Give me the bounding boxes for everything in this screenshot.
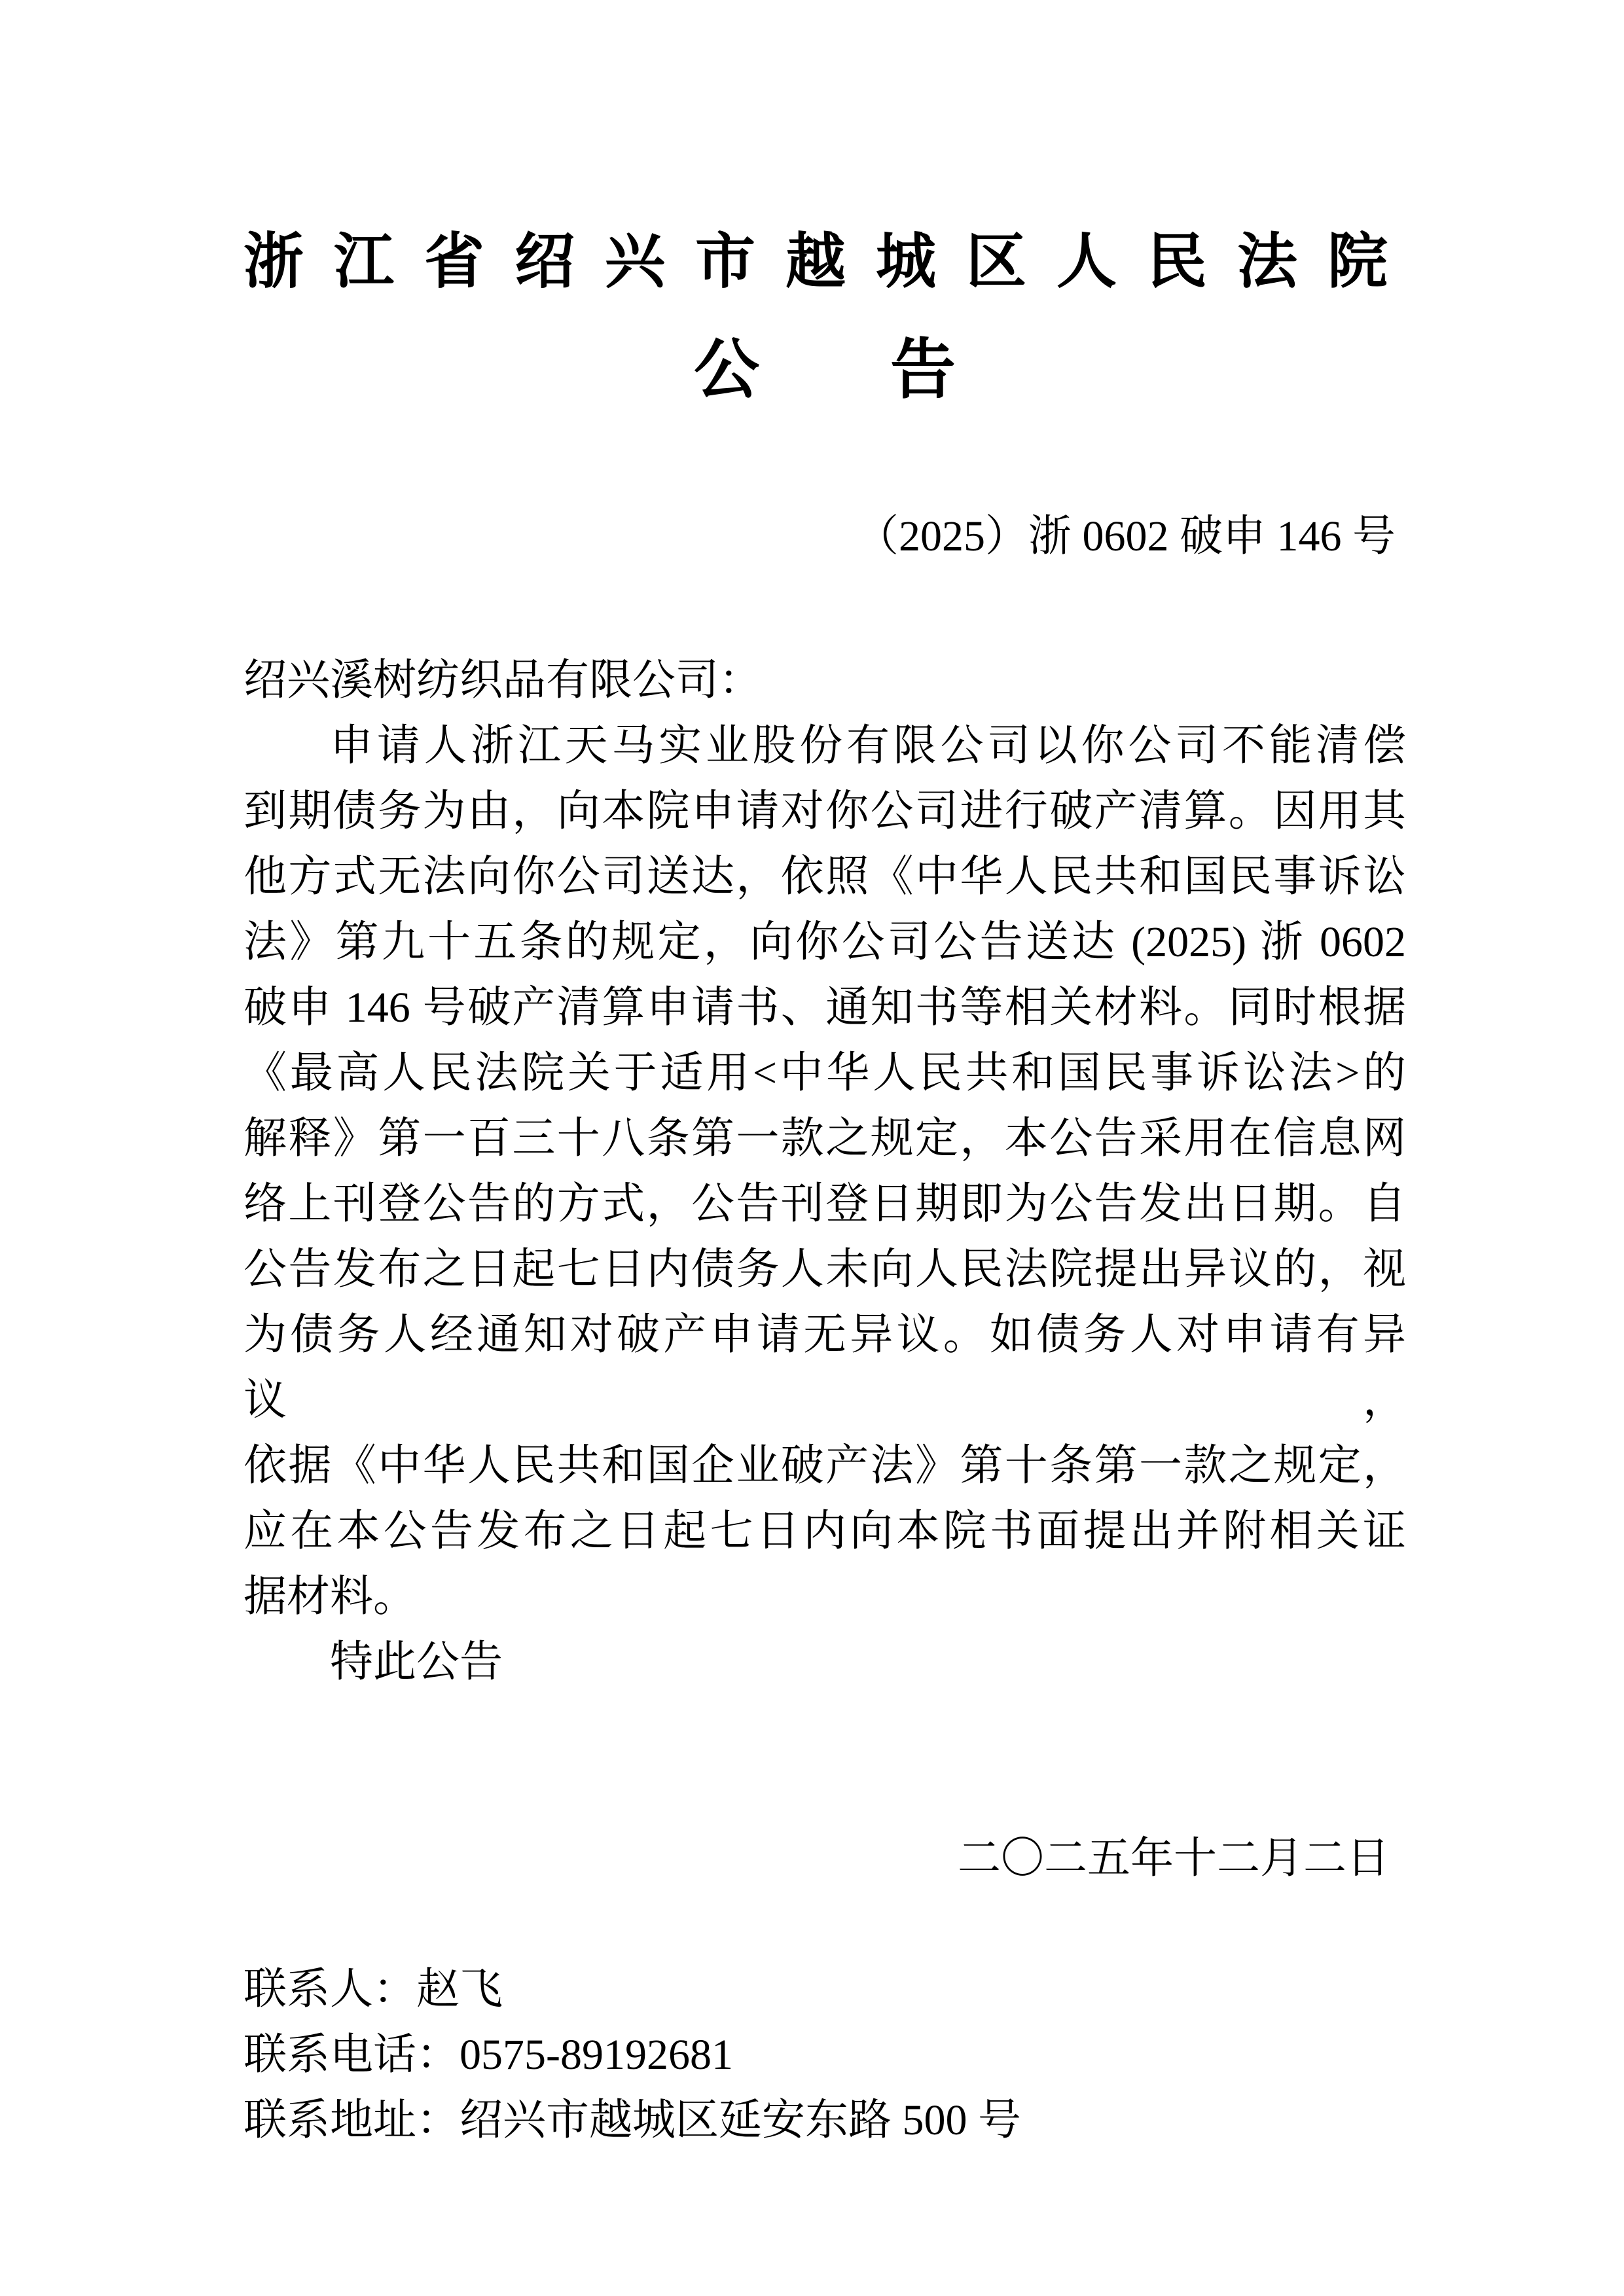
body-line: 到期债务为由，向本院申请对你公司进行破产清算。因用其: [244, 779, 1406, 844]
body-line: 公告发布之日起七日内债务人未向人民法院提出异议的，视: [244, 1237, 1406, 1302]
contact-phone-line: 联系电话：0575-89192681: [244, 2022, 1406, 2088]
announcement-body: 申请人浙江天马实业股份有限公司以你公司不能清偿 到期债务为由，向本院申请对你公司…: [244, 713, 1406, 1630]
body-line: 络上刊登公告的方式，公告刊登日期即为公告发出日期。自: [244, 1172, 1406, 1237]
contact-address-line: 联系地址：绍兴市越城区延安东路 500 号: [244, 2088, 1406, 2153]
body-line: 破申 146 号破产清算申请书、通知书等相关材料。同时根据: [244, 975, 1406, 1041]
body-line: 依据《中华人民共和国企业破产法》第十条第一款之规定，: [244, 1433, 1406, 1499]
body-line: 法》第九十五条的规定，向你公司公告送达 (2025) 浙 0602: [244, 910, 1406, 975]
body-line: 《最高人民法院关于适用<中华人民共和国民事诉讼法>的: [244, 1041, 1406, 1106]
body-line: 为债务人经通知对破产申请无异议。如债务人对申请有异议，: [244, 1302, 1406, 1433]
addressee-line: 绍兴溪树纺织品有限公司：: [244, 648, 1406, 713]
court-name-title: 浙江省绍兴市越城区人民法院: [244, 223, 1406, 301]
court-announcement-page: 浙江省绍兴市越城区人民法院 公 告 （2025）浙 0602 破申 146 号 …: [0, 0, 1624, 2296]
contact-person-line: 联系人：赵飞: [244, 1957, 1406, 2022]
text-column: 浙江省绍兴市越城区人民法院 公 告 （2025）浙 0602 破申 146 号 …: [244, 223, 1406, 2153]
announcement-date: 二〇二五年十二月二日: [244, 1826, 1406, 1892]
body-line: 解释》第一百三十八条第一款之规定，本公告采用在信息网: [244, 1106, 1406, 1172]
body-line: 应在本公告发布之日起七日内向本院书面提出并附相关证: [244, 1499, 1406, 1564]
document-type-title: 公 告: [244, 327, 1406, 412]
body-line: 他方式无法向你公司送达，依照《中华人民共和国民事诉讼: [244, 844, 1406, 910]
body-line: 申请人浙江天马实业股份有限公司以你公司不能清偿: [244, 713, 1406, 779]
body-line: 据材料。: [244, 1564, 1406, 1630]
closing-phrase: 特此公告: [244, 1630, 1406, 1695]
case-number: （2025）浙 0602 破申 146 号: [244, 504, 1406, 569]
